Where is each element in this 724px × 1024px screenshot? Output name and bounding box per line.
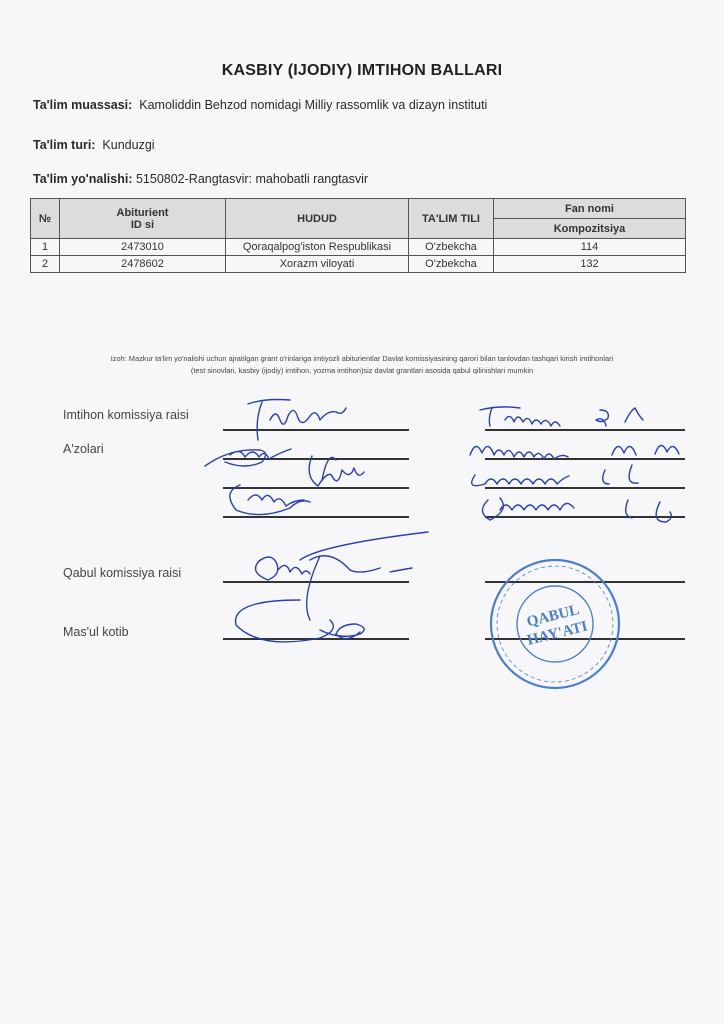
signature-member-2 xyxy=(309,456,364,486)
admission-chair-label: Qabul komissiya raisi xyxy=(63,566,181,580)
cell-id: 2473010 xyxy=(60,239,226,256)
cell-no: 1 xyxy=(31,239,60,256)
header-subject: Kompozitsiya xyxy=(494,219,686,239)
signature-line xyxy=(223,516,409,518)
signature-line xyxy=(223,581,409,583)
cell-score: 132 xyxy=(494,256,686,273)
header-id-line1: Abiturient xyxy=(117,207,169,219)
header-region: HUDUD xyxy=(226,199,409,239)
note-paragraph: Izoh: Mazkur ta'lim yo'nalishi uchun ajr… xyxy=(20,353,704,377)
table-row: 2 2478602 Xorazm viloyati O'zbekcha 132 xyxy=(31,256,686,273)
members-label: A'zolari xyxy=(63,442,104,456)
direction-label: Ta'lim yo'nalishi: xyxy=(33,172,132,186)
name-line xyxy=(485,429,685,431)
note-line-2: (test sinovlari, kasbiy (ijodiy) imtihon… xyxy=(191,366,533,375)
direction-line: Ta'lim yo'nalishi: 5150802-Rangtasvir: m… xyxy=(33,172,368,186)
signature-member-3 xyxy=(230,485,310,515)
name-line xyxy=(485,458,685,460)
study-type-line: Ta'lim turi: Kunduzgi xyxy=(33,138,155,152)
handwritten-name-1 xyxy=(480,407,643,426)
cell-no: 2 xyxy=(31,256,60,273)
cell-id: 2478602 xyxy=(60,256,226,273)
name-line xyxy=(485,581,685,583)
secretary-label: Mas'ul kotib xyxy=(63,625,129,639)
study-type-value: Kunduzgi xyxy=(102,138,154,152)
signature-admission-chair xyxy=(256,532,429,620)
institution-line: Ta'lim muassasi: Kamoliddin Behzod nomid… xyxy=(33,98,487,112)
cell-region: Qoraqalpog'iston Respublikasi xyxy=(226,239,409,256)
header-applicant-id: Abiturient ID si xyxy=(60,199,226,239)
svg-text:HAY'ATI: HAY'ATI xyxy=(526,618,590,648)
handwriting-layer: QABUL HAY'ATI xyxy=(0,0,724,1024)
signature-line xyxy=(223,458,409,460)
signature-line xyxy=(223,429,409,431)
institution-label: Ta'lim muassasi: xyxy=(33,98,132,112)
note-line-1: Izoh: Mazkur ta'lim yo'nalishi uchun ajr… xyxy=(111,354,614,363)
cell-region: Xorazm viloyati xyxy=(226,256,409,273)
header-no: № xyxy=(31,199,60,239)
table-row: 1 2473010 Qoraqalpog'iston Respublikasi … xyxy=(31,239,686,256)
direction-value: 5150802-Rangtasvir: mahobatli rangtasvir xyxy=(136,172,368,186)
cell-language: O'zbekcha xyxy=(409,239,494,256)
header-id-line2: ID si xyxy=(131,219,154,231)
signature-line xyxy=(223,638,409,640)
header-subject-group: Fan nomi xyxy=(494,199,686,219)
scores-table: № Abiturient ID si HUDUD TA'LIM TILI Fan… xyxy=(30,198,686,273)
handwritten-name-2 xyxy=(470,445,679,459)
exam-chair-label: Imtihon komissiya raisi xyxy=(63,408,189,422)
handwritten-name-3 xyxy=(472,465,638,486)
svg-text:QABUL: QABUL xyxy=(525,602,581,630)
signature-secretary xyxy=(236,600,365,642)
institution-value: Kamoliddin Behzod nomidagi Milliy rassom… xyxy=(139,98,487,112)
document-title: KASBIY (IJODIY) IMTIHON BALLARI xyxy=(0,62,724,80)
signature-exam-chair xyxy=(248,400,346,441)
study-type-label: Ta'lim turi: xyxy=(33,138,95,152)
cell-score: 114 xyxy=(494,239,686,256)
name-line xyxy=(485,516,685,518)
cell-language: O'zbekcha xyxy=(409,256,494,273)
signature-line xyxy=(223,487,409,489)
name-line xyxy=(485,638,685,640)
stamp-qabul-hayati: QABUL HAY'ATI xyxy=(491,560,619,688)
name-line xyxy=(485,487,685,489)
header-language: TA'LIM TILI xyxy=(409,199,494,239)
handwritten-name-4 xyxy=(482,498,671,522)
document-page: KASBIY (IJODIY) IMTIHON BALLARI Ta'lim m… xyxy=(0,0,724,1024)
